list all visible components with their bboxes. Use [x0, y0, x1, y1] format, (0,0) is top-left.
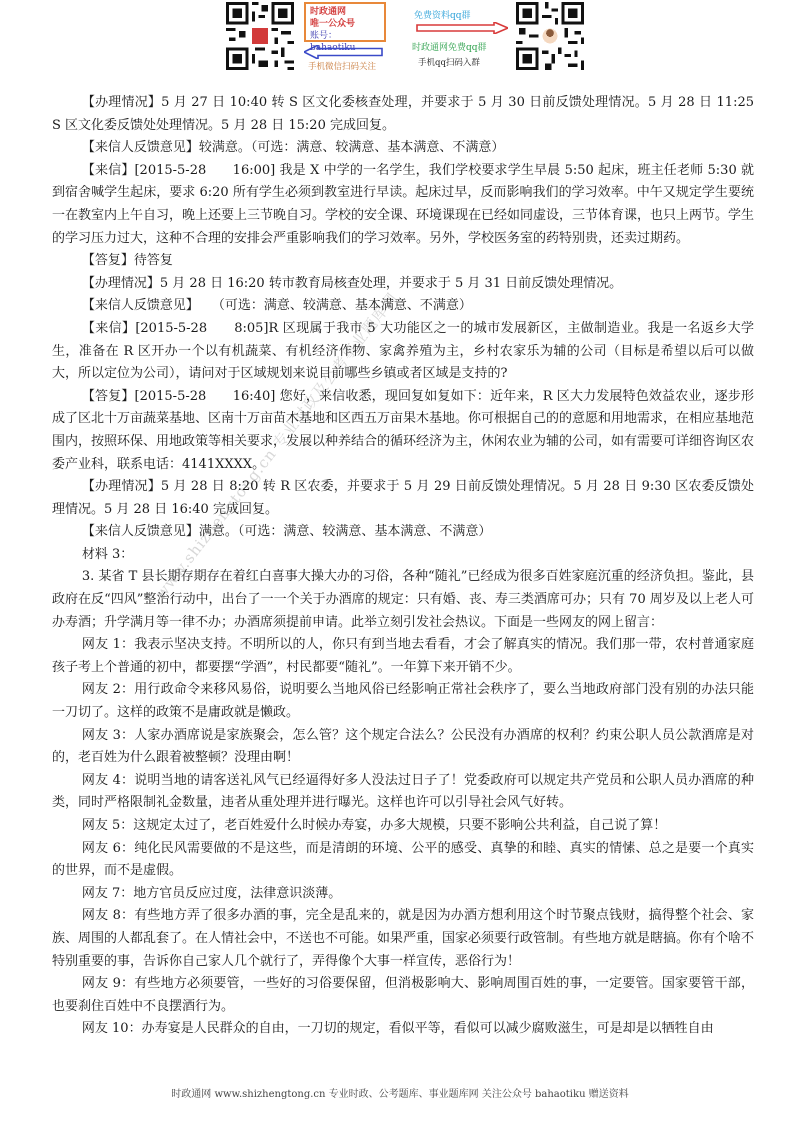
promo-banner: 时政通网 唯一公众号 账号：bahaotiku 手机微信扫码关注 免费资料qq群… — [226, 0, 578, 72]
page-footer: 时政通网 www.shizhengtong.cn 专业时政、公考题库、事业题库网… — [0, 1085, 800, 1100]
qr-code-icon — [516, 2, 584, 70]
paragraph-netizen-comment: 网友 9：有些地方必须要管，一些好的习俗要保留，但消极影响大、影响周围百姓的事，… — [52, 973, 754, 1018]
qr-code-icon — [226, 2, 294, 70]
wechat-account-box: 时政通网 唯一公众号 账号：bahaotiku — [304, 2, 386, 42]
paragraph-feedback: 【来信人反馈意见】 （可选：满意、较满意、基本满意、不满意） — [52, 295, 754, 318]
paragraph-handling-status: 【办理情况】5 月 27 日 10:40 转 S 区文化委核查处理，并要求于 5… — [52, 92, 754, 137]
paragraph-netizen-comment: 网友 7：地方官员反应过度，法律意识淡薄。 — [52, 883, 754, 906]
wechat-scan-label: 手机微信扫码关注 — [308, 60, 376, 72]
section-heading-material-3: 材料 3： — [52, 544, 754, 567]
paragraph-netizen-comment: 网友 8：有些地方弄了很多办酒的事，完全是乱来的，就是因为办酒方想利用这个时节聚… — [52, 905, 754, 973]
qq-scan-label: 手机qq扫码入群 — [418, 56, 480, 68]
paragraph-letter: 【来信】[2015-5-28 8:05]R 区现属于我市 5 大功能区之一的城市… — [52, 318, 754, 386]
paragraph-feedback: 【来信人反馈意见】较满意。（可选：满意、较满意、基本满意、不满意） — [52, 137, 754, 160]
paragraph-netizen-comment: 网友 3：人家办酒席说是家族聚会，怎么管？这个规定合法么？公民没有办酒席的权利？… — [52, 725, 754, 770]
paragraph-netizen-comment: 网友 6：纯化民风需要做的不是这些，而是清朗的环境、公平的感受、真挚的和睦、真实… — [52, 838, 754, 883]
paragraph-letter: 【来信】[2015-5-28 16:00] 我是 X 中学的一名学生，我们学校要… — [52, 160, 754, 250]
paragraph-netizen-comment: 网友 1：我表示坚决支持。不明所以的人，你只有到当地去看看，才会了解真实的情况。… — [52, 634, 754, 679]
paragraph-feedback: 【来信人反馈意见】满意。（可选：满意、较满意、基本满意、不满意） — [52, 521, 754, 544]
paragraph-reply: 【答复】[2015-5-28 16:40] 您好，来信收悉，现回复如复如下：近年… — [52, 386, 754, 476]
paragraph-netizen-comment: 网友 5：这规定太过了，老百姓爱什么时候办寿宴，办多大规模，只要不影响公共利益，… — [52, 815, 754, 838]
wechat-box-line2: 唯一公众号 — [310, 18, 380, 30]
paragraph-netizen-comment: 网友 2：用行政命令来移风易俗，说明要么当地风俗已经影响正常社会秩序了，要么当地… — [52, 679, 754, 724]
paragraph-handling-status: 【办理情况】5 月 28 日 16:20 转市教育局核查处理，并要求于 5 月 … — [52, 273, 754, 296]
arrow-right-icon — [416, 22, 508, 34]
wechat-qr-code[interactable] — [226, 2, 294, 70]
paragraph-reply: 【答复】待答复 — [52, 250, 754, 273]
qq-group-qr-code[interactable] — [516, 2, 584, 70]
paragraph-netizen-comment: 网友 4：说明当地的请客送礼风气已经逼得好多人没法过日子了！党委政府可以规定共产… — [52, 770, 754, 815]
paragraph-material-intro: 3. 某省 T 县长期存期存在着红白喜事大操大办的习俗，各种“随礼”已经成为很多… — [52, 566, 754, 634]
document-body: 【办理情况】5 月 27 日 10:40 转 S 区文化委核查处理，并要求于 5… — [52, 92, 754, 1041]
paragraph-handling-status: 【办理情况】5 月 28 日 8:20 转 R 区农委，并要求于 5 月 29 … — [52, 476, 754, 521]
paragraph-netizen-comment: 网友 10：办寿宴是人民群众的自由，一刀切的规定，看似平等，看似可以减少腐败滋生… — [52, 1018, 754, 1041]
free-qq-label: 免费资料qq群 — [414, 8, 471, 21]
wechat-box-line1: 时政通网 — [310, 6, 380, 18]
arrow-left-icon — [304, 45, 384, 59]
qq-group-name: 时政通网免费qq群 — [412, 40, 487, 53]
